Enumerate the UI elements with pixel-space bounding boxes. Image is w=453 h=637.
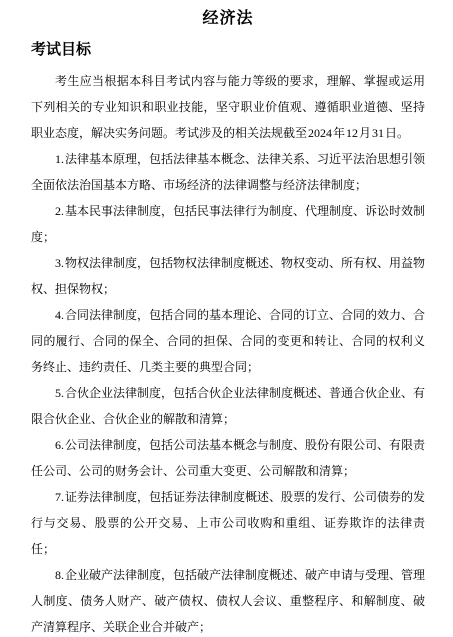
syllabus-item-4-contract-law: 4. 合同法律制度，包括合同的基本理论、合同的订立、合同的效力、合同的履行、合同…: [31, 302, 425, 380]
page-title: 经济法: [31, 9, 425, 28]
document-page: 经济法 考试目标 考生应当根据本科目考试内容与能力等级的要求，理解、掌握或运用下…: [0, 0, 453, 637]
syllabus-item-3-property-law: 3. 物权法律制度，包括物权法律制度概述、物权变动、所有权、用益物权、担保物权；: [31, 250, 425, 302]
syllabus-item-1-legal-principles: 1. 法律基本原理，包括法律基本概念、法律关系、习近平法治思想引领全面依法治国基…: [31, 146, 425, 198]
syllabus-item-5-partnership-law: 5. 合伙企业法律制度，包括合伙企业法律制度概述、普通合伙企业、有限合伙企业、合…: [31, 380, 425, 432]
syllabus-item-8-bankruptcy-law: 8. 企业破产法律制度，包括破产法律制度概述、破产申请与受理、管理人制度、债务人…: [31, 562, 425, 637]
syllabus-item-6-company-law: 6. 公司法律制度，包括公司法基本概念与制度、股份有限公司、有限责任公司、公司的…: [31, 432, 425, 484]
section-body: 考生应当根据本科目考试内容与能力等级的要求，理解、掌握或运用下列相关的专业知识和…: [31, 68, 425, 637]
syllabus-item-2-civil-law: 2. 基本民事法律制度，包括民事法律行为制度、代理制度、诉讼时效制度；: [31, 198, 425, 250]
syllabus-item-7-securities-law: 7. 证券法律制度，包括证券法律制度概述、股票的发行、公司债券的发行与交易、股票…: [31, 484, 425, 562]
section-heading-exam-objectives: 考试目标: [31, 41, 425, 60]
intro-paragraph: 考生应当根据本科目考试内容与能力等级的要求，理解、掌握或运用下列相关的专业知识和…: [31, 68, 425, 146]
